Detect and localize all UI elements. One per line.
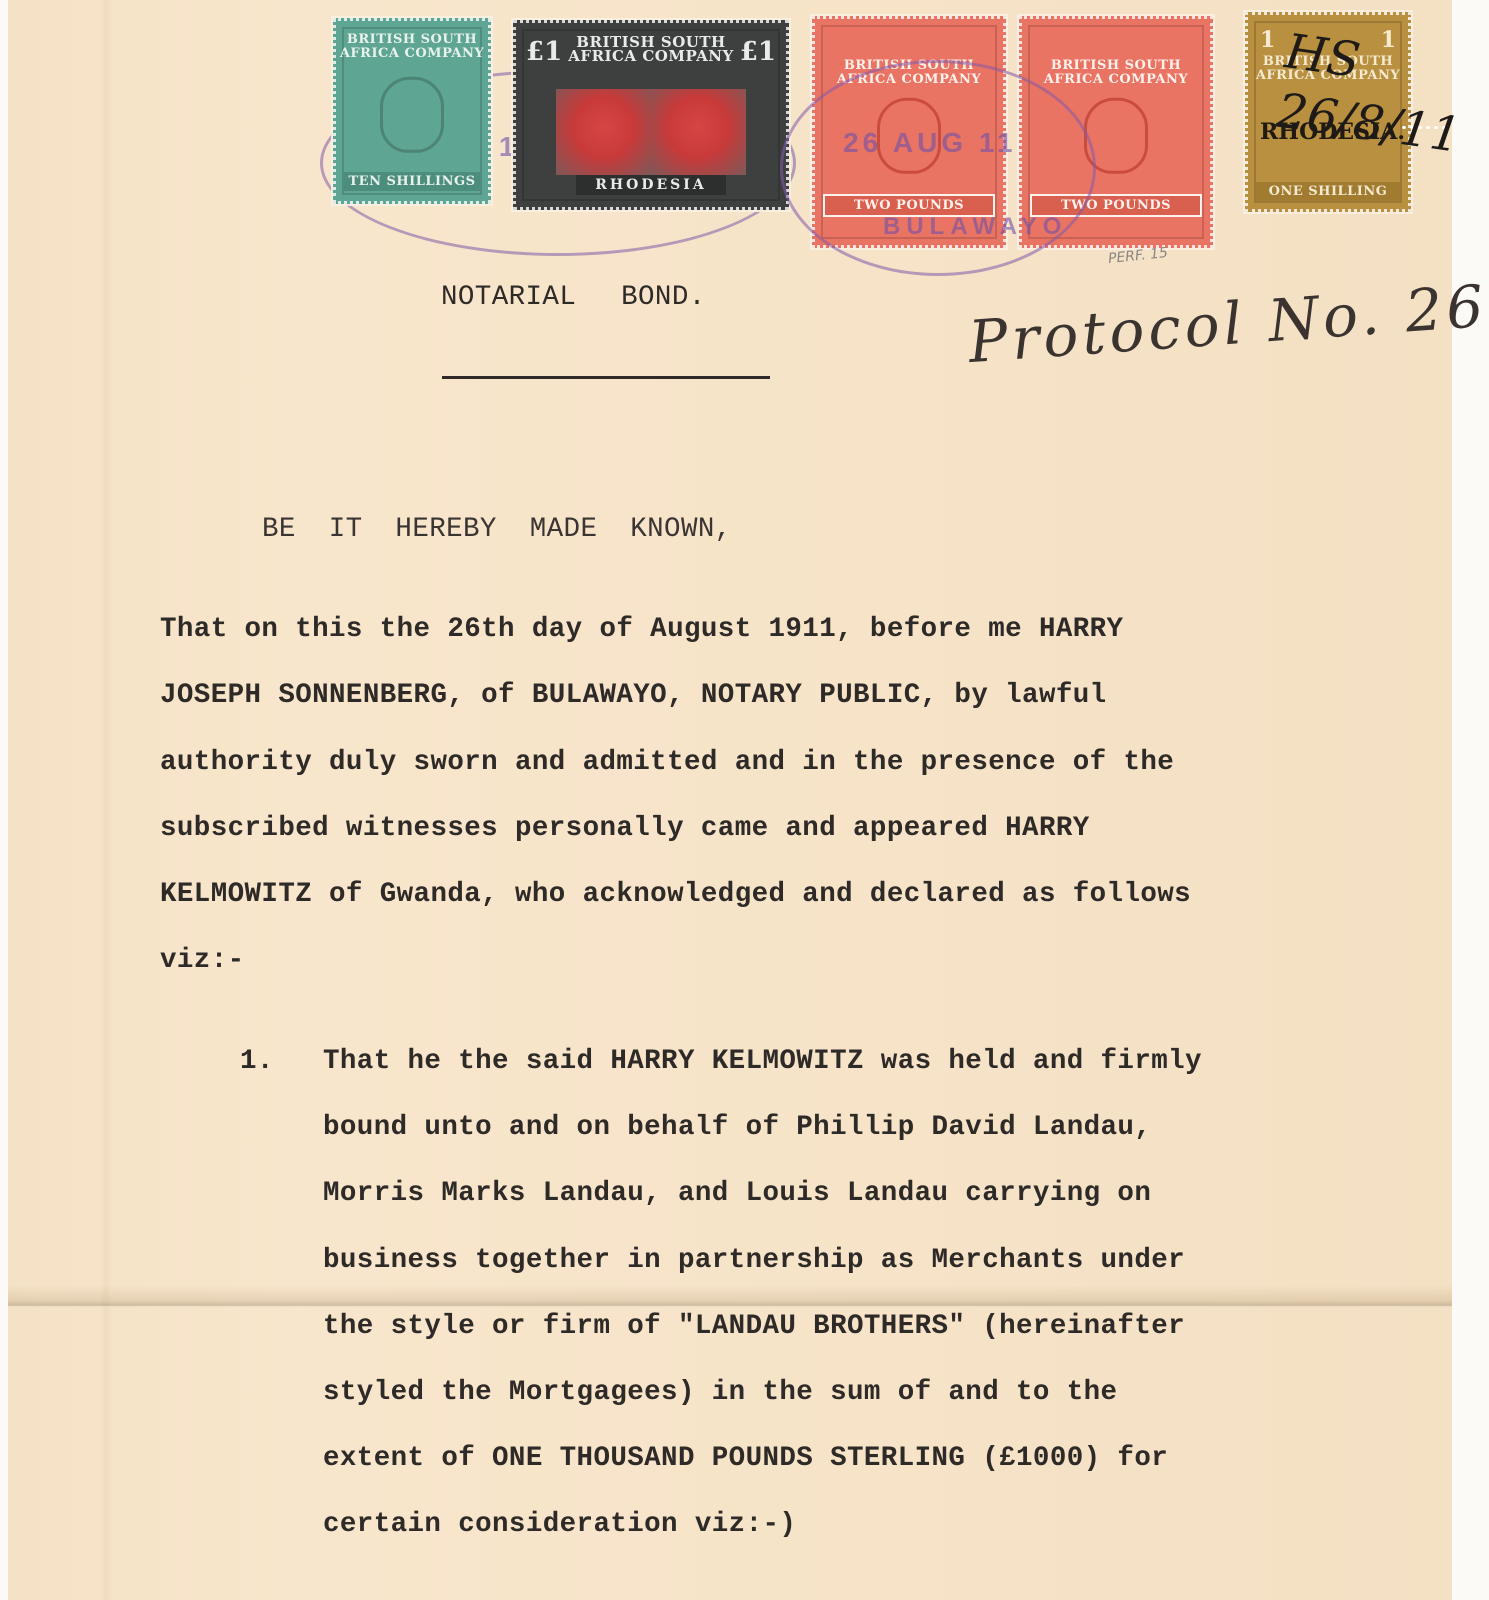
stamp-denomination-text: TEN SHILLINGS [344,172,480,191]
queen-portrait-icon [556,89,652,175]
document-title: NOTARIAL BOND. [441,282,706,313]
preamble-line: That on this the 26th day of August 1911… [160,614,1123,645]
preamble-line: KELMOWITZ of Gwanda, who acknowledged an… [160,879,1191,910]
clause-line: That he the said HARRY KELMOWITZ was hel… [323,1046,1202,1077]
clause-line: business together in partnership as Merc… [323,1245,1185,1276]
stamp-top-text: BRITISH SOUTH AFRICA COMPANY [1022,59,1210,87]
stamp-corner-value: £1 [740,37,776,67]
clause-line: styled the Mortgagees) in the sum of and… [323,1377,1117,1408]
stamp-top-text: BRITISH SOUTH AFRICA COMPANY [336,33,488,61]
paper-fold-vertical [100,0,112,1600]
clause-number: 1. [240,1046,274,1077]
clause-line: certain consideration viz:-) [323,1509,796,1540]
preamble-line: authority duly sworn and admitted and in… [160,747,1174,778]
ten-shillings-stamp: BRITISH SOUTH AFRICA COMPANY TEN SHILLIN… [333,18,491,204]
preamble-line: viz:- [160,945,245,976]
stamp-top-text: BRITISH SOUTH AFRICA COMPANY [566,35,736,63]
postmark-date: 26 AUG 11 [843,127,1016,159]
opening-line: BE IT HEREBY MADE KNOWN, [262,514,732,545]
paper-fold-horizontal [8,1285,1452,1307]
postmark-place: BULAWAYO [883,213,1067,241]
one-pound-double-head-stamp: £1 £1 BRITISH SOUTH AFRICA COMPANY RHODE… [513,20,789,210]
stamp-country-text: RHODESIA [576,175,726,195]
coat-of-arms-icon [380,77,444,153]
preamble-line: subscribed witnesses personally came and… [160,813,1090,844]
clause-line: extent of ONE THOUSAND POUNDS STERLING (… [323,1443,1168,1474]
clause-line: the style or firm of "LANDAU BROTHERS" (… [323,1311,1185,1342]
clause-line: bound unto and on behalf of Phillip Davi… [323,1112,1151,1143]
clause-line: Morris Marks Landau, and Louis Landau ca… [323,1178,1151,1209]
king-portrait-icon [650,89,746,175]
preamble-line: JOSEPH SONNENBERG, of BULAWAYO, NOTARY P… [160,680,1107,711]
title-underline [442,376,770,379]
stamp-corner-value: £1 [526,37,562,67]
stamp-corner-value: 1 [1260,27,1275,53]
postmark-circle: 26 AUG 11 BULAWAYO [780,60,1096,276]
document-page [8,0,1452,1600]
